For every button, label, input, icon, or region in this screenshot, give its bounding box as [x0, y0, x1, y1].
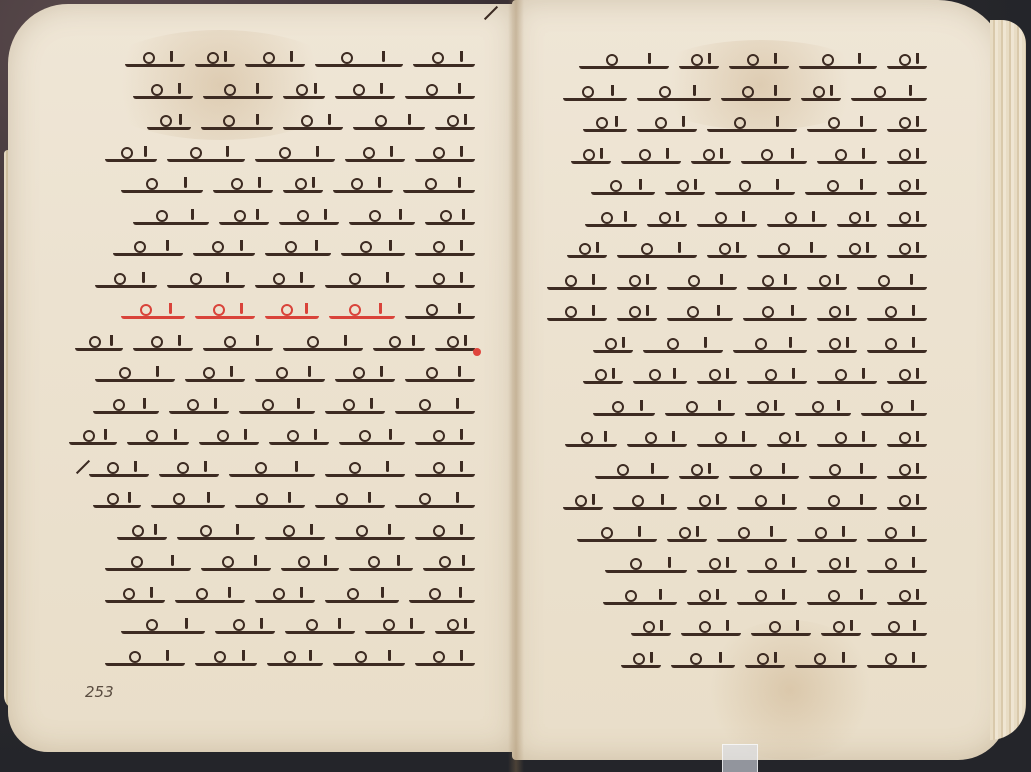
syriac-word [617, 275, 657, 290]
left-page-text-block [98, 43, 475, 673]
syriac-word [147, 115, 191, 130]
syriac-word [799, 54, 877, 69]
syriac-word [415, 525, 475, 540]
syriac-word [593, 338, 633, 353]
syriac-word [565, 432, 617, 447]
manuscript-text-line [553, 329, 927, 361]
syriac-word [175, 588, 245, 603]
ink-script [103, 240, 475, 256]
syriac-word [737, 590, 797, 605]
syriac-word [133, 84, 193, 99]
syriac-word [265, 525, 325, 540]
ink-script [115, 51, 475, 67]
ink-script [85, 366, 475, 382]
manuscript-text-line [553, 108, 927, 140]
syriac-word [373, 336, 425, 351]
manuscript-text-line [98, 516, 475, 548]
manuscript-text-line [553, 203, 927, 235]
syriac-word [737, 495, 797, 510]
syriac-word [415, 241, 475, 256]
ink-script [59, 429, 475, 445]
ink-script [79, 461, 475, 477]
ink-script [553, 85, 927, 101]
syriac-word [403, 178, 475, 193]
syriac-word [747, 275, 797, 290]
syriac-word [697, 212, 757, 227]
syriac-word [867, 653, 927, 668]
syriac-word [415, 651, 475, 666]
syriac-word [563, 495, 603, 510]
manuscript-text-line [98, 232, 475, 264]
syriac-word [121, 178, 203, 193]
syriac-word [113, 241, 183, 256]
syriac-word [283, 178, 323, 193]
syriac-word [665, 401, 735, 416]
syriac-word [283, 84, 325, 99]
syriac-word [435, 336, 475, 351]
rubric-word [185, 303, 255, 319]
syriac-word [591, 180, 655, 195]
ink-script [555, 431, 927, 447]
syriac-word [93, 493, 141, 508]
syriac-word [667, 306, 733, 321]
syriac-word [697, 369, 737, 384]
syriac-word [127, 430, 189, 445]
syriac-word [795, 401, 851, 416]
ink-script [575, 211, 927, 227]
syriac-word [647, 212, 687, 227]
syriac-word [325, 462, 405, 477]
rubric-word [111, 303, 185, 319]
syriac-word [201, 115, 273, 130]
manuscript-text-line [553, 266, 927, 298]
syriac-word [105, 147, 157, 162]
syriac-word [329, 304, 395, 319]
syriac-word [405, 304, 475, 319]
ink-script [595, 557, 927, 573]
syriac-word [89, 462, 149, 477]
syriac-word [105, 588, 165, 603]
syriac-word [219, 210, 269, 225]
syriac-word [887, 432, 927, 447]
syriac-word [151, 493, 225, 508]
ink-script [111, 303, 475, 319]
manuscript-text-line [98, 642, 475, 674]
ink-script [585, 463, 927, 479]
ink-script [65, 335, 475, 351]
ink-script [123, 209, 475, 225]
syriac-word [617, 243, 697, 258]
syriac-word [867, 306, 927, 321]
ink-script [83, 492, 475, 508]
syriac-word [593, 401, 655, 416]
syriac-word [159, 462, 219, 477]
syriac-word [423, 556, 475, 571]
syriac-word [195, 304, 255, 319]
syriac-word [887, 54, 927, 69]
syriac-word [707, 243, 747, 258]
syriac-word [255, 588, 315, 603]
ink-script [137, 114, 475, 130]
ink-script [107, 524, 475, 540]
ink-script [561, 148, 927, 164]
manuscript-text-line [98, 43, 475, 75]
syriac-word [887, 243, 927, 258]
syriac-word [679, 54, 719, 69]
manuscript-text-line [98, 453, 475, 485]
syriac-word [395, 399, 475, 414]
syriac-word [747, 558, 807, 573]
ink-script [583, 400, 927, 416]
syriac-word [857, 275, 927, 290]
syriac-word [547, 306, 607, 321]
ink-script [557, 242, 927, 258]
syriac-word [867, 338, 927, 353]
ink-script [95, 587, 475, 603]
syriac-word [687, 495, 727, 510]
manuscript-text-line [98, 264, 475, 296]
syriac-word [837, 212, 877, 227]
syriac-word [887, 212, 927, 227]
syriac-word [757, 243, 827, 258]
manuscript-text-line [553, 234, 927, 266]
syriac-word [637, 86, 711, 101]
syriac-word [415, 273, 475, 288]
syriac-word [867, 558, 927, 573]
syriac-word [741, 149, 807, 164]
syriac-word [405, 84, 475, 99]
syriac-word [167, 147, 245, 162]
syriac-word [255, 147, 335, 162]
syriac-word [817, 149, 877, 164]
syriac-word [229, 462, 315, 477]
syriac-word [409, 588, 475, 603]
ink-script [583, 337, 927, 353]
syriac-word [633, 369, 687, 384]
syriac-word [395, 493, 475, 508]
syriac-word [203, 84, 273, 99]
ink-script [567, 526, 927, 542]
manuscript-text-line [553, 297, 927, 329]
syriac-word [821, 621, 861, 636]
syriac-word [315, 52, 403, 67]
syriac-word [621, 653, 661, 668]
syriac-word [265, 241, 331, 256]
syriac-word [807, 495, 877, 510]
syriac-word [745, 653, 785, 668]
syriac-word [335, 525, 405, 540]
syriac-word [681, 621, 741, 636]
syriac-word [585, 212, 637, 227]
syriac-word [729, 464, 799, 479]
manuscript-text-line [98, 295, 475, 327]
manuscript-text-line [98, 579, 475, 611]
manuscript-text-line [98, 610, 475, 642]
syriac-word [665, 180, 705, 195]
syriac-word [333, 651, 405, 666]
manuscript-text-line [98, 169, 475, 201]
syriac-word [887, 464, 927, 479]
syriac-word [801, 86, 841, 101]
ink-script [83, 398, 475, 414]
syriac-word [817, 306, 857, 321]
syriac-word [563, 86, 627, 101]
syriac-word [687, 590, 727, 605]
syriac-word [335, 367, 395, 382]
manuscript-text-line [98, 327, 475, 359]
syriac-word [405, 367, 475, 382]
syriac-word [255, 367, 325, 382]
syriac-word [195, 52, 235, 67]
syriac-word [349, 556, 413, 571]
syriac-word [425, 210, 475, 225]
syriac-word [201, 556, 271, 571]
syriac-word [315, 493, 385, 508]
ink-script [123, 83, 475, 99]
syriac-word [133, 336, 193, 351]
ink-script [573, 368, 927, 384]
syriac-word [805, 180, 877, 195]
syriac-word [887, 180, 927, 195]
page-clip [722, 744, 758, 772]
folio-number: 253 [85, 683, 114, 701]
syriac-word [751, 621, 811, 636]
syriac-word [413, 52, 475, 67]
syriac-word [285, 619, 355, 634]
ink-script [569, 53, 927, 69]
syriac-word [721, 86, 791, 101]
rubric-dot [473, 348, 481, 356]
syriac-word [603, 590, 677, 605]
syriac-word [807, 275, 847, 290]
syriac-word [95, 273, 157, 288]
syriac-word [679, 464, 719, 479]
syriac-word [325, 399, 385, 414]
syriac-word [345, 147, 405, 162]
ink-script [593, 589, 927, 605]
manuscript-text-line [98, 75, 475, 107]
syriac-word [887, 590, 927, 605]
manuscript-text-line [553, 423, 927, 455]
syriac-word [579, 54, 669, 69]
syriac-word [325, 588, 399, 603]
manuscript-text-line [553, 644, 927, 676]
syriac-word [75, 336, 123, 351]
syriac-word [353, 115, 425, 130]
manuscript-text-line [98, 358, 475, 390]
syriac-word [743, 306, 807, 321]
manuscript-text-line [98, 484, 475, 516]
syriac-word [283, 336, 363, 351]
syriac-word [583, 117, 627, 132]
manuscript-text-line [98, 106, 475, 138]
syriac-word [595, 464, 669, 479]
syriac-word [341, 241, 405, 256]
syriac-word [809, 464, 877, 479]
manuscript-text-line [553, 518, 927, 550]
manuscript-text-line [553, 612, 927, 644]
syriac-word [861, 401, 927, 416]
syriac-word [733, 338, 807, 353]
syriac-word [281, 556, 339, 571]
syriac-word [93, 399, 159, 414]
syriac-word [213, 178, 273, 193]
syriac-word [177, 525, 255, 540]
manuscript-text-line [553, 392, 927, 424]
manuscript-text-line [553, 171, 927, 203]
syriac-word [807, 117, 877, 132]
syriac-word [887, 149, 927, 164]
syriac-word [105, 651, 185, 666]
syriac-word [325, 273, 405, 288]
syriac-word [667, 527, 707, 542]
ink-script [573, 116, 927, 132]
syriac-word [707, 117, 797, 132]
manuscript-text-line [553, 140, 927, 172]
syriac-word [871, 621, 927, 636]
syriac-word [239, 399, 315, 414]
manuscript-text-line [553, 77, 927, 109]
syriac-word [121, 619, 205, 634]
syriac-word [697, 558, 737, 573]
syriac-word [577, 527, 657, 542]
ink-script [111, 177, 475, 193]
book-gutter [508, 0, 524, 772]
syriac-word [339, 430, 405, 445]
syriac-word [245, 52, 305, 67]
right-page-edges [990, 20, 1026, 740]
ink-script [537, 305, 927, 321]
syriac-word [817, 338, 857, 353]
syriac-word [255, 273, 315, 288]
syriac-word [887, 369, 927, 384]
ink-script [611, 652, 927, 668]
syriac-word [169, 399, 229, 414]
manuscript-text-line [98, 201, 475, 233]
syriac-word [637, 117, 697, 132]
syriac-word [851, 86, 927, 101]
syriac-word [349, 210, 415, 225]
syriac-word [283, 115, 343, 130]
manuscript-text-line [553, 581, 927, 613]
syriac-word [745, 401, 785, 416]
syriac-word [613, 495, 677, 510]
syriac-word [747, 369, 807, 384]
manuscript-text-line [98, 547, 475, 579]
syriac-word [267, 651, 323, 666]
ink-script [621, 620, 927, 636]
syriac-word [121, 304, 185, 319]
syriac-word [199, 430, 259, 445]
right-page-text-block [553, 45, 927, 675]
syriac-word [415, 147, 475, 162]
syriac-word [435, 619, 475, 634]
syriac-word [837, 243, 877, 258]
syriac-word [265, 304, 319, 319]
syriac-word [671, 653, 735, 668]
syriac-word [807, 590, 877, 605]
rubric-word [255, 303, 319, 319]
ink-script [581, 179, 927, 195]
syriac-word [571, 149, 611, 164]
syriac-word [817, 432, 877, 447]
syriac-word [185, 367, 245, 382]
syriac-word [697, 432, 757, 447]
syriac-word [767, 432, 807, 447]
syriac-word [667, 275, 737, 290]
syriac-word [605, 558, 687, 573]
syriac-word [621, 149, 681, 164]
manuscript-text-line [553, 549, 927, 581]
syriac-word [235, 493, 305, 508]
ink-script [95, 650, 475, 666]
syriac-word [335, 84, 395, 99]
manuscript-text-line [553, 45, 927, 77]
manuscript-text-line [553, 360, 927, 392]
syriac-word [133, 210, 209, 225]
manuscript-text-line [98, 390, 475, 422]
syriac-word [365, 619, 425, 634]
syriac-word [193, 241, 255, 256]
syriac-word [333, 178, 393, 193]
syriac-word [627, 432, 687, 447]
rubric-word [319, 303, 395, 319]
syriac-word [715, 180, 795, 195]
syriac-word [767, 212, 827, 227]
syriac-word [817, 558, 857, 573]
ink-script [553, 494, 927, 510]
manuscript-text-line [553, 455, 927, 487]
ink-script [85, 272, 475, 288]
syriac-word [215, 619, 275, 634]
ink-script [95, 146, 475, 162]
ink-script [111, 618, 475, 634]
syriac-word [125, 52, 185, 67]
ink-script [537, 274, 927, 290]
syriac-word [415, 430, 475, 445]
syriac-word [279, 210, 339, 225]
syriac-word [867, 527, 927, 542]
syriac-word [69, 430, 117, 445]
syriac-word [167, 273, 245, 288]
syriac-word [817, 369, 877, 384]
manuscript-text-line [553, 486, 927, 518]
syriac-word [567, 243, 607, 258]
ink-script [95, 555, 475, 571]
syriac-word [583, 369, 623, 384]
syriac-word [797, 527, 857, 542]
manuscript-text-line [98, 421, 475, 453]
manuscript-text-line [98, 138, 475, 170]
syriac-word [617, 306, 657, 321]
syriac-word [729, 54, 789, 69]
syriac-word [415, 462, 475, 477]
syriac-word [547, 275, 607, 290]
syriac-word [95, 367, 175, 382]
syriac-word [887, 495, 927, 510]
syriac-word [117, 525, 167, 540]
syriac-word [717, 527, 787, 542]
syriac-word [435, 115, 475, 130]
syriac-word [269, 430, 329, 445]
syriac-word [643, 338, 723, 353]
syriac-word [195, 651, 257, 666]
syriac-word [887, 117, 927, 132]
syriac-word [795, 653, 857, 668]
syriac-word [203, 336, 273, 351]
syriac-word [691, 149, 731, 164]
syriac-word [631, 621, 671, 636]
